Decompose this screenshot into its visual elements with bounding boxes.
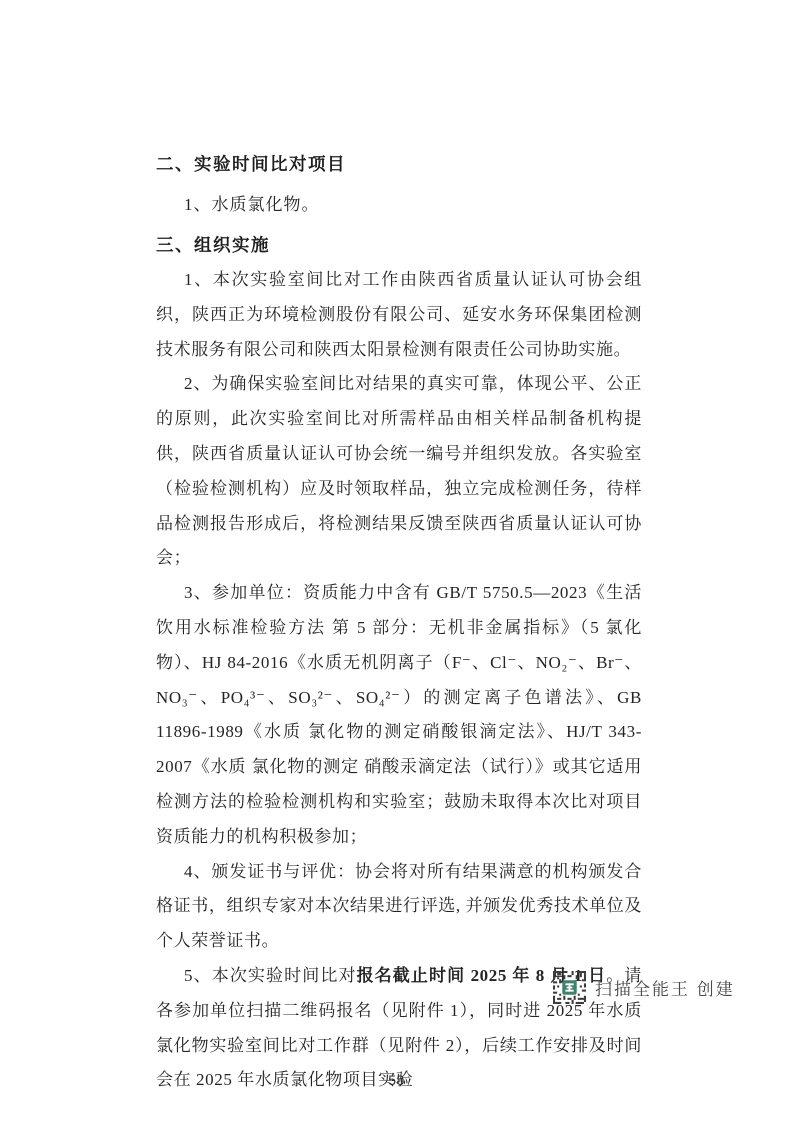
document-content: 二、实验时间比对项目 1、水质氯化物。 三、组织实施 1、本次实验室间比对工作由… xyxy=(156,147,642,1098)
paragraph-5-prefix: 5、本次实验时间比对 xyxy=(184,966,357,985)
camscanner-watermark: 扫描全能王 创建 xyxy=(553,971,735,1004)
camscanner-qr-icon xyxy=(553,971,586,1004)
paragraph-1: 1、本次实验室间比对工作由陕西省质量认证认可协会组织，陕西正为环境检测股份有限公… xyxy=(156,263,642,367)
paragraph-3: 3、参加单位：资质能力中含有 GB/T 5750.5—2023《生活饮用水标准检… xyxy=(156,576,642,854)
document-page: 二、实验时间比对项目 1、水质氯化物。 三、组织实施 1、本次实验室间比对工作由… xyxy=(0,0,793,1122)
section-heading-3: 三、组织实施 xyxy=(156,228,642,263)
watermark-text: 扫描全能王 创建 xyxy=(595,975,735,1000)
paragraph-4: 4、颁发证书与评优：协会将对所有结果满意的机构颁发合格证书，组织专家对本次结果进… xyxy=(156,855,642,959)
section-heading-2: 二、实验时间比对项目 xyxy=(156,147,642,182)
paragraph-2: 2、为确保实验室间比对结果的真实可靠，体现公平、公正的原则，此次实验室间比对所需… xyxy=(156,367,642,576)
page-number: 58 xyxy=(0,1072,793,1088)
section2-item-1: 1、水质氯化物。 xyxy=(156,187,642,222)
